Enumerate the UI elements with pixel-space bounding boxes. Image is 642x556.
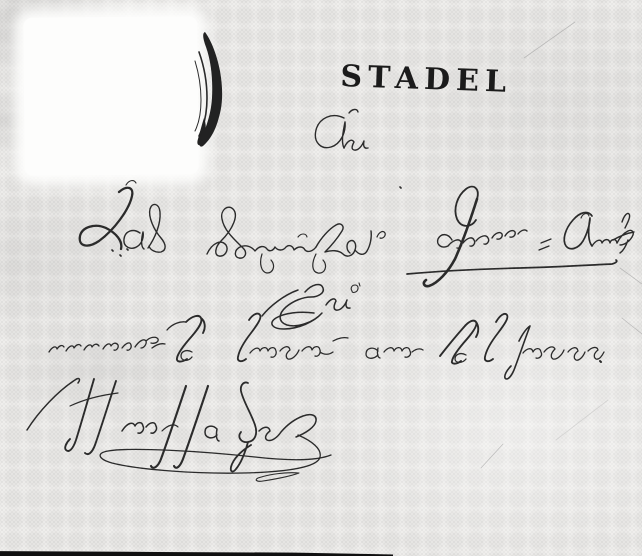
recipient-underline xyxy=(407,260,617,274)
scratch-marks xyxy=(481,22,642,468)
flourish-squiggle xyxy=(256,473,299,482)
signature-flourish xyxy=(100,435,331,473)
ink-specks xyxy=(112,187,401,256)
envelope-scan: STADEL xyxy=(0,0,642,556)
seal-crescent-mark xyxy=(195,32,222,147)
handwriting-layer xyxy=(0,0,642,556)
handwritten-subject-line xyxy=(27,379,331,482)
handwritten-place-line xyxy=(49,314,604,379)
handwritten-salutation xyxy=(315,109,368,150)
handwritten-recipient-line xyxy=(80,181,634,287)
handwritten-preposition xyxy=(262,283,360,329)
